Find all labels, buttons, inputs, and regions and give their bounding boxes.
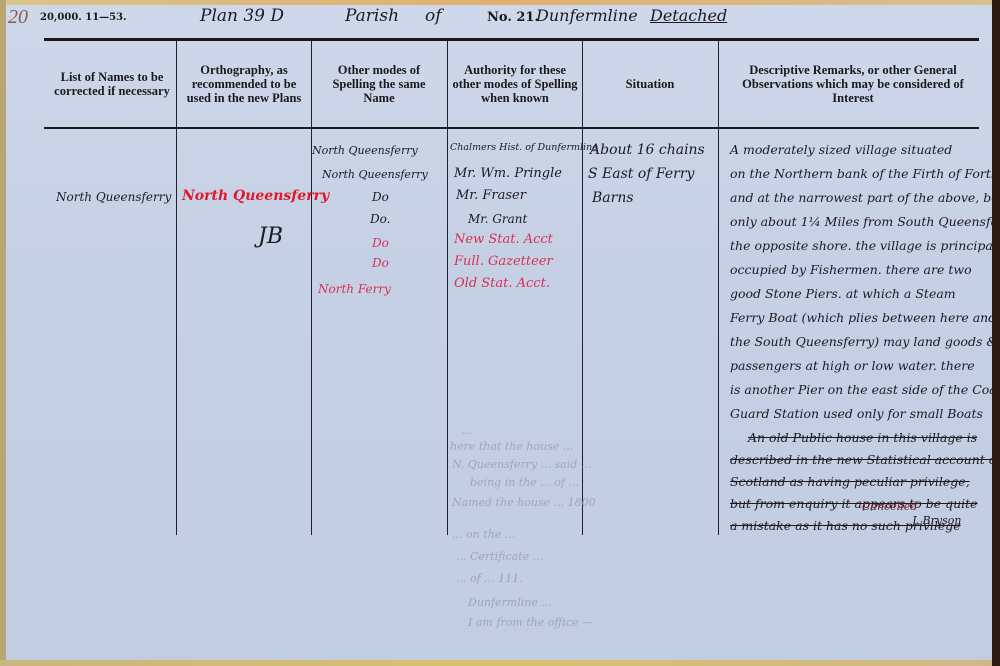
header-rule-bottom [44,127,979,129]
col-header-orthography: Orthography, as recommended to be used i… [180,44,308,124]
entry-orthography: North Queensferry [182,188,329,204]
col-header-names: List of Names to be corrected if necessa… [48,44,176,124]
pencil-note-1: ... [462,424,473,437]
plan-number: Plan 39 D [200,6,284,26]
pencil-note-5: Named the house ... 1800 [452,496,596,509]
remark-line-11: is another Pier on the east side of the … [730,382,1000,397]
pencil-note-9: Dunfermline ... [468,596,552,609]
book-binding-edge [992,0,1000,666]
orthography-initials: JB [258,224,283,249]
print-reference: 20,000. 11—53. [40,12,127,23]
remark-line-8: Ferry Boat (which plies between here and [730,310,996,325]
header-rule-top [44,38,979,41]
col-header-remarks: Descriptive Remarks, or other General Ob… [722,44,984,124]
struck-remark-line-1: An old Public house in this village is [748,430,977,445]
column-divider [176,40,177,535]
remark-line-5: the opposite shore. the village is princ… [730,238,1000,253]
remark-line-3: and at the narrowest part of the above, … [730,190,1000,205]
parish-of: of [425,6,442,26]
remark-line-9: the South Queensferry) may land goods & [730,334,997,349]
remark-line-1: A moderately sized village situated [730,142,952,157]
authority-2: Mr. Wm. Pringle [454,166,562,181]
pencil-note-3: N. Queensferry ... said ... [452,458,591,471]
situation-line-3: Barns [592,190,634,206]
other-spelling-1: North Queensferry [312,144,418,157]
signature: J. Bryson [912,514,961,527]
situation-line-2: S East of Ferry [588,166,694,182]
col-header-authority: Authority for these other modes of Spell… [449,44,581,124]
register-page: 20 20,000. 11—53. Plan 39 D Parish of No… [0,0,992,666]
authority-3: Mr. Fraser [456,188,526,203]
page-number: 20 [8,6,28,29]
cancelled-note: Cancelled [862,500,917,513]
page-left-edge [0,0,6,666]
pencil-note-4: being in the ... of ... [470,476,579,489]
remark-line-12: Guard Station used only for small Boats [730,406,983,421]
other-spelling-5: Do [372,236,389,250]
struck-remark-line-4: but from enquiry it appears to be quite [730,496,978,511]
remark-line-10: passengers at high or low water. there [730,358,975,373]
other-spelling-3: Do [372,190,389,204]
pencil-note-10: I am from the office — [468,616,593,629]
column-divider [311,40,312,535]
parish-label: Parish [345,6,399,26]
entry-name: North Queensferry [56,190,171,204]
remark-line-6: occupied by Fishermen. there are two [730,262,972,277]
authority-4: Mr. Grant [468,212,527,226]
page-bottom-edge [0,660,992,666]
col-header-other-spellings: Other modes of Spelling the same Name [318,44,440,124]
page-top-edge [0,0,992,5]
authority-6: Full. Gazetteer [454,254,553,269]
column-divider [718,40,719,535]
remark-line-2: on the Northern bank of the Firth of For… [730,166,999,181]
remark-line-4: only about 1¼ Miles from South Queensfer… [730,214,1000,229]
register-number: No. 21. [487,10,539,25]
detached-label: Detached [650,6,727,25]
other-spelling-7: North Ferry [318,282,391,296]
authority-7: Old Stat. Acct. [454,276,550,291]
other-spelling-6: Do [372,256,389,270]
pencil-note-2: here that the house ... [450,440,573,453]
pencil-note-6: ... on the ... [452,528,515,541]
struck-remark-line-2: described in the new Statistical account… [730,452,1000,467]
remark-line-7: good Stone Piers. at which a Steam [730,286,956,301]
pencil-note-8: ... of ... 111. [456,572,523,585]
authority-1: Chalmers Hist. of Dunfermline [450,142,598,153]
situation-line-1: About 16 chains [590,142,705,158]
column-divider [447,40,448,535]
struck-remark-line-3: Scotland as having peculiar privilege, [730,474,970,489]
other-spelling-2: North Queensferry [322,168,428,181]
pencil-note-7: ... Certificate ... [456,550,543,563]
parish-name: Dunfermline [536,6,638,25]
col-header-situation: Situation [584,44,716,124]
other-spelling-4: Do. [370,212,390,226]
authority-5: New Stat. Acct [454,232,553,247]
